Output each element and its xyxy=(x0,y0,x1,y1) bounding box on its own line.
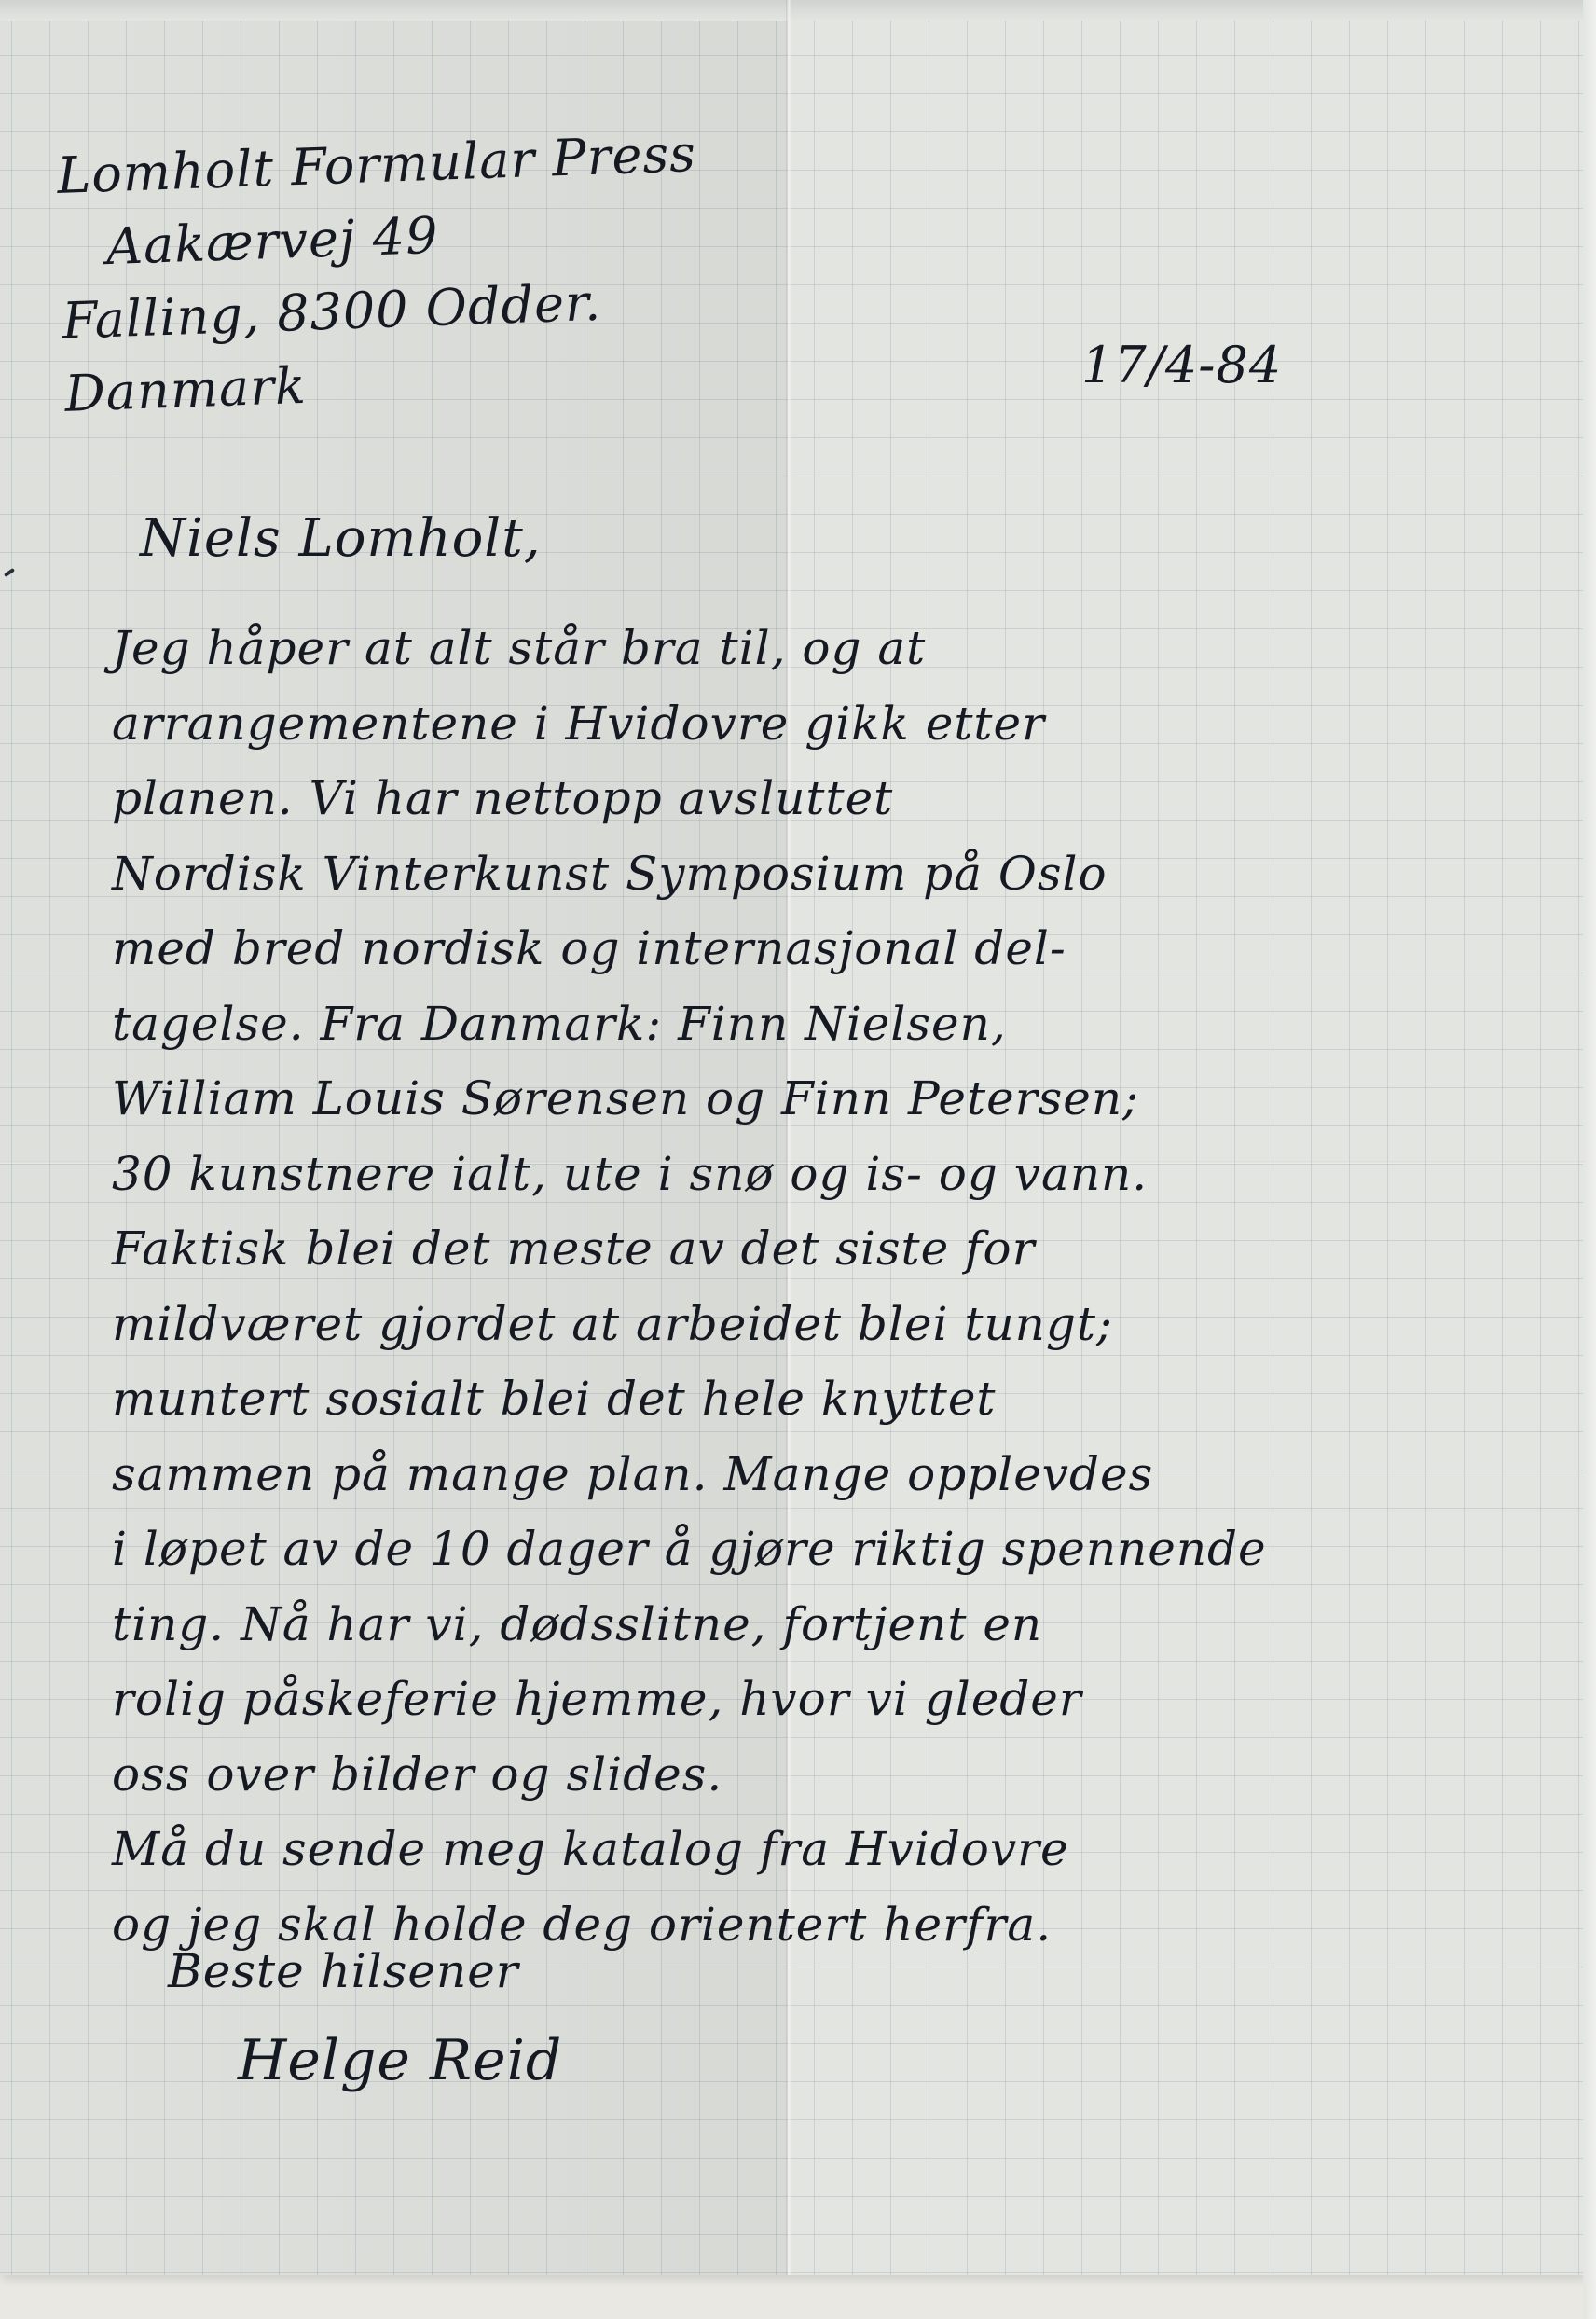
salutation: Niels Lomholt, xyxy=(140,508,542,569)
body-line: arrangementene i Hvidovre gikk etter xyxy=(112,686,1267,762)
paper-top-edge xyxy=(0,0,1596,21)
body-line: William Louis Sørensen og Finn Petersen; xyxy=(112,1061,1267,1137)
body-line: mildværet gjordet at arbeidet blei tungt… xyxy=(112,1287,1267,1362)
paper-right-edge xyxy=(1583,0,1596,2319)
body-line: rolig påskeferie hjemme, hvor vi gleder xyxy=(112,1662,1267,1737)
body-line: i løpet av de 10 dager å gjøre riktig sp… xyxy=(112,1511,1267,1587)
body-line: Faktisk blei det meste av det siste for xyxy=(112,1211,1267,1287)
body-line: 30 kunstnere ialt, ute i snø og is- og v… xyxy=(112,1137,1267,1212)
body-line: planen. Vi har nettopp avsluttet xyxy=(112,761,1267,836)
body-line: Må du sende meg katalog fra Hvidovre xyxy=(112,1812,1267,1887)
letter-date: 17/4-84 xyxy=(1081,336,1282,394)
signature: Helge Reid xyxy=(238,2028,562,2093)
body-line: Nordisk Vinterkunst Symposium på Oslo xyxy=(112,836,1267,912)
body-line: oss over bilder og slides. xyxy=(112,1737,1267,1813)
letter-body: Jeg håper at alt står bra til, og at arr… xyxy=(112,611,1267,1962)
closing: Beste hilsener xyxy=(168,1944,519,1998)
body-line: ting. Nå har vi, dødsslitne, fortjent en xyxy=(112,1587,1267,1663)
sender-address: Lomholt Formular Press Aakærvej 49 Falli… xyxy=(56,117,705,431)
body-line: tagelse. Fra Danmark: Finn Nielsen, xyxy=(112,987,1267,1062)
body-line: muntert sosialt blei det hele knyttet xyxy=(112,1361,1267,1437)
body-line: Jeg håper at alt står bra til, og at xyxy=(112,611,1267,686)
body-line: med bred nordisk og internasjonal del- xyxy=(112,911,1267,987)
body-line: sammen på mange plan. Mange opplevdes xyxy=(112,1437,1267,1512)
